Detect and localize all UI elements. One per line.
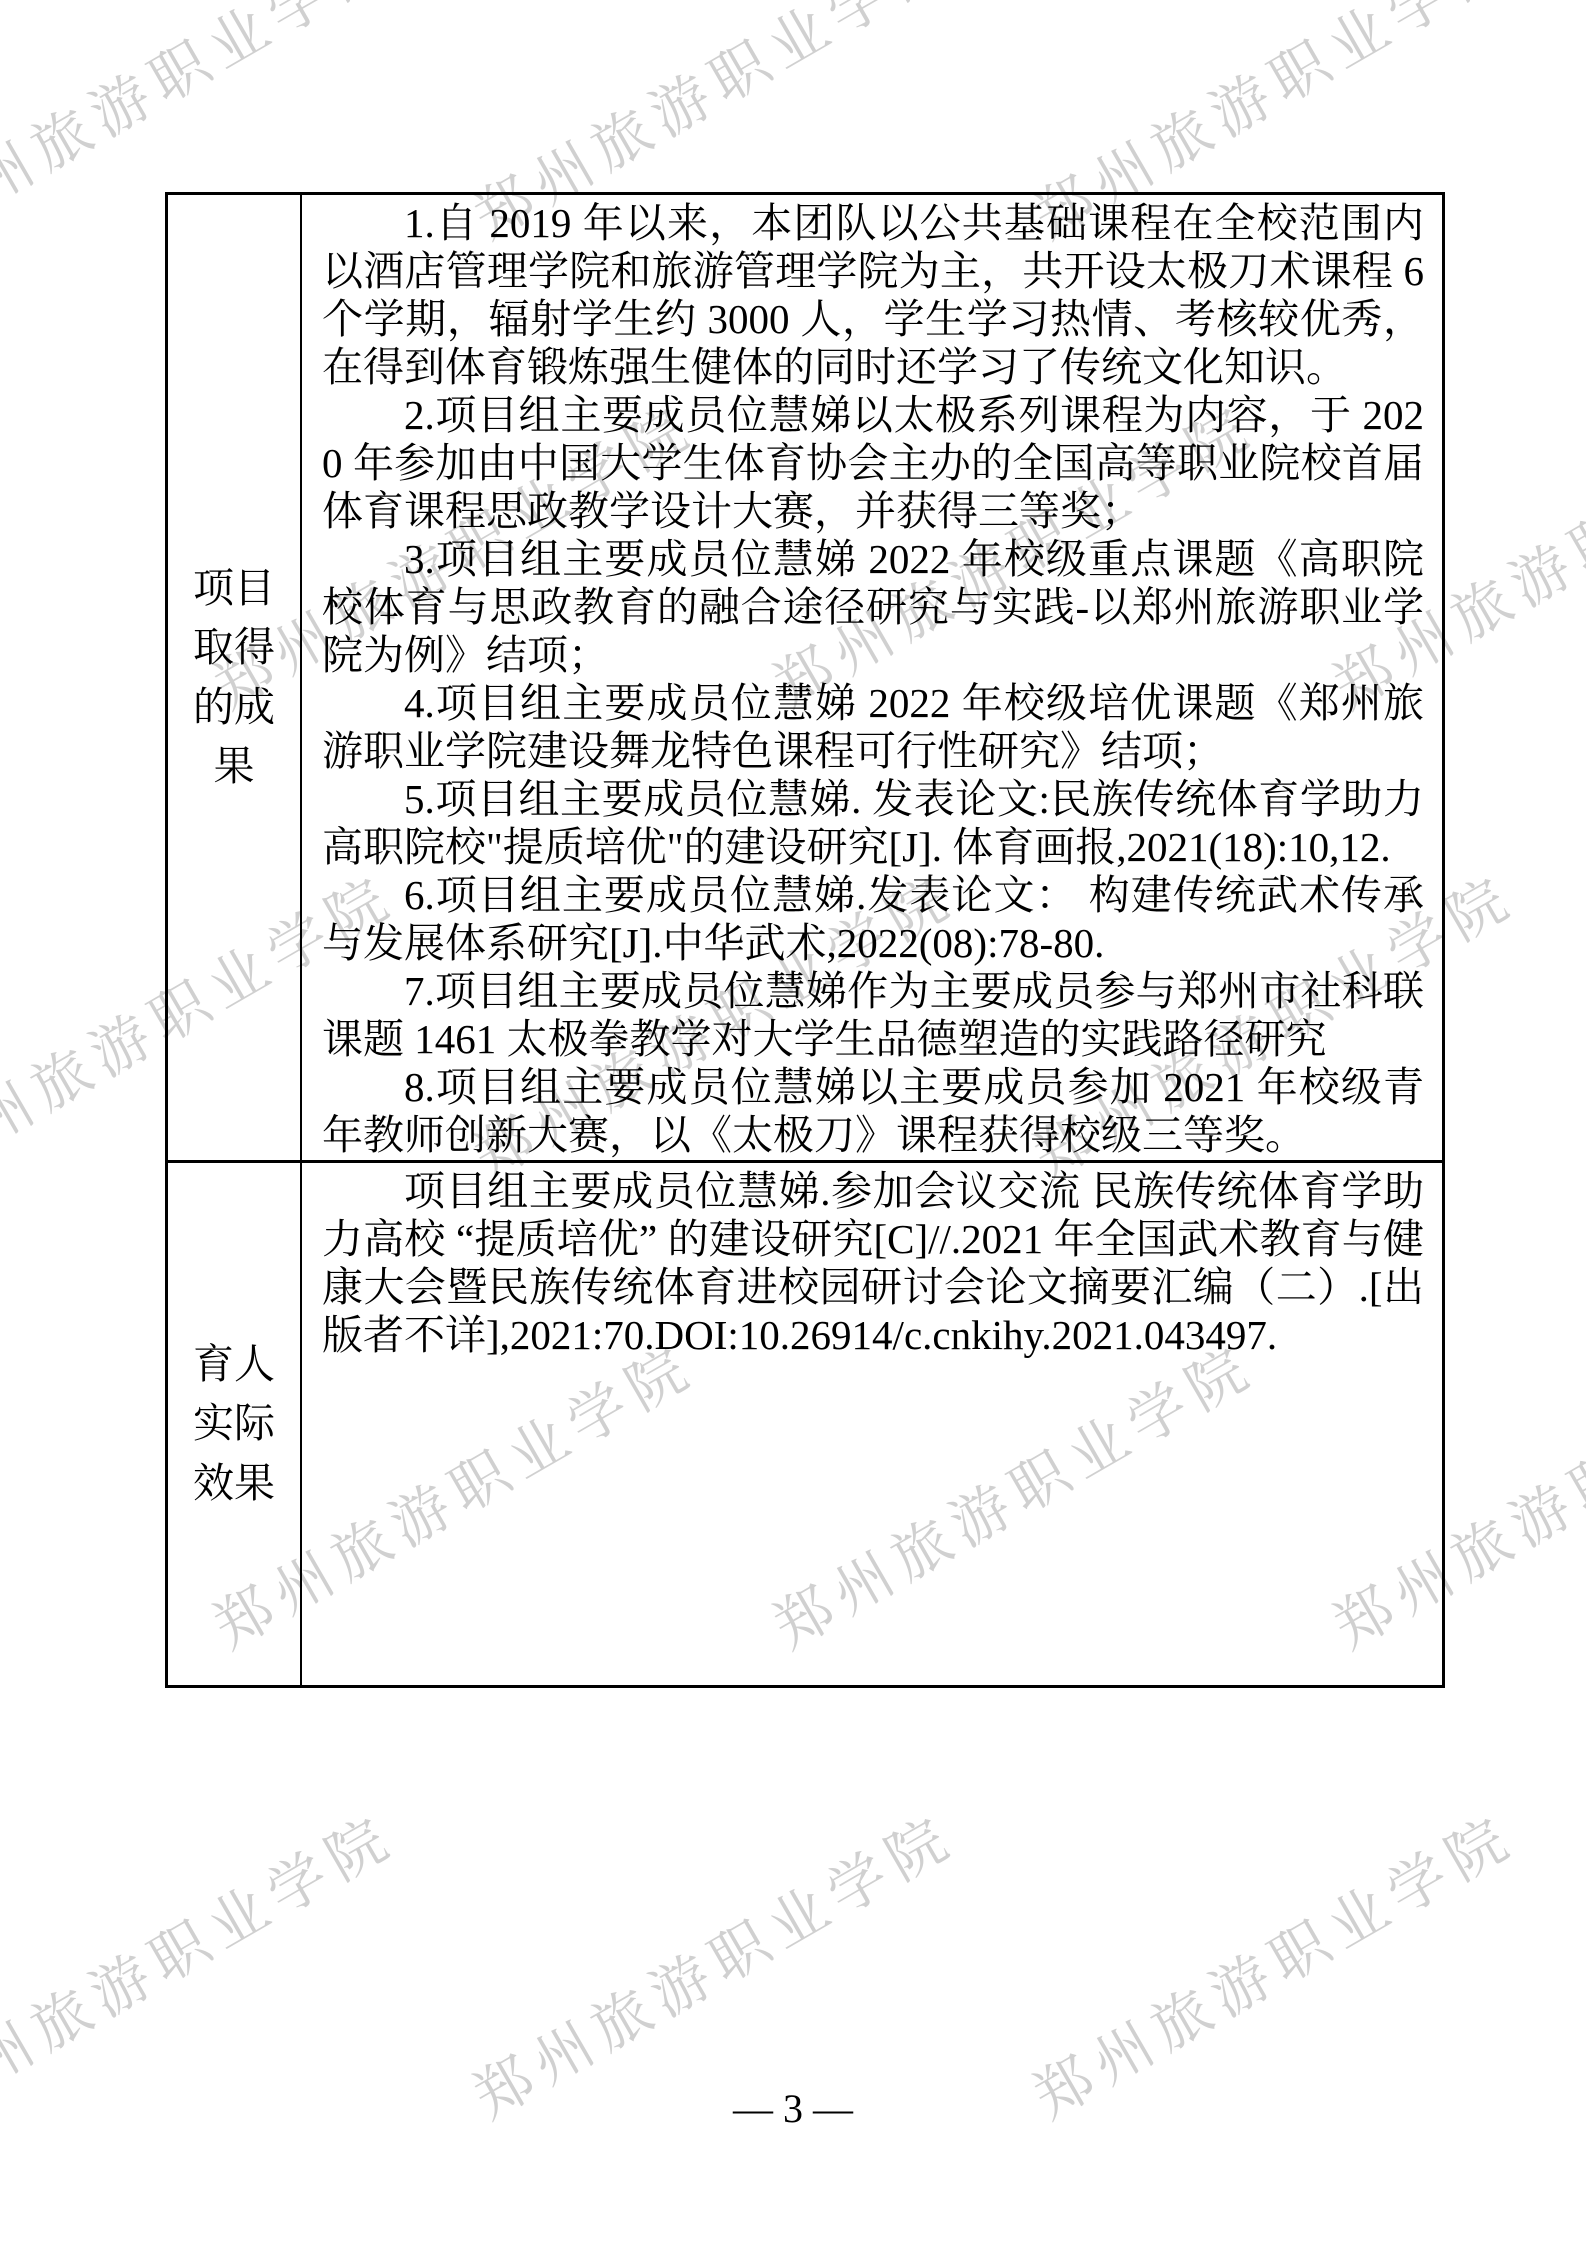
paragraph: 5.项目组主要成员位慧娣. 发表论文:民族传统体育学助力高职院校"提质培优"的建…: [322, 775, 1424, 871]
page-number: — 3 —: [0, 2085, 1586, 2132]
paragraph: 8.项目组主要成员位慧娣以主要成员参加 2021 年校级青年教师创新大赛，以《太…: [322, 1063, 1424, 1159]
paragraph: 6.项目组主要成员位慧娣.发表论文： 构建传统武术传承与发展体系研究[J].中华…: [322, 871, 1424, 967]
paragraph: 7.项目组主要成员位慧娣作为主要成员参与郑州市社科联课题 1461 太极拳教学对…: [322, 967, 1424, 1063]
paragraph: 2.项目组主要成员位慧娣以太极系列课程为内容，于 2020 年参加由中国大学生体…: [322, 391, 1424, 535]
achievements-table: 项目取得的成果 1.自 2019 年以来，本团队以公共基础课程在全校范围内以酒店…: [165, 192, 1445, 1688]
watermark-text: 郑州旅游职业学院: [0, 1790, 409, 2135]
paragraph: 1.自 2019 年以来，本团队以公共基础课程在全校范围内以酒店管理学院和旅游管…: [322, 199, 1424, 391]
row-label-cell-education-effect: 育人实际效果: [168, 1163, 302, 1685]
row-label-cell-achievements: 项目取得的成果: [168, 195, 302, 1163]
paragraph: 项目组主要成员位慧娣.参加会议交流 民族传统体育学助力高校 “提质培优” 的建设…: [322, 1167, 1424, 1359]
watermark-text: 郑州旅游职业学院: [1015, 1790, 1528, 2135]
paragraph: 4.项目组主要成员位慧娣 2022 年校级培优课题《郑州旅游职业学院建设舞龙特色…: [322, 679, 1424, 775]
row-label-education-effect: 育人实际效果: [189, 1335, 279, 1513]
education-effect-content-cell: 项目组主要成员位慧娣.参加会议交流 民族传统体育学助力高校 “提质培优” 的建设…: [302, 1163, 1442, 1685]
row-label-achievements: 项目取得的成果: [189, 559, 279, 797]
paragraph: 3.项目组主要成员位慧娣 2022 年校级重点课题《高职院校体育与思政教育的融合…: [322, 535, 1424, 679]
watermark-text: 郑州旅游职业学院: [455, 1790, 968, 2135]
achievements-content-cell: 1.自 2019 年以来，本团队以公共基础课程在全校范围内以酒店管理学院和旅游管…: [302, 195, 1442, 1163]
